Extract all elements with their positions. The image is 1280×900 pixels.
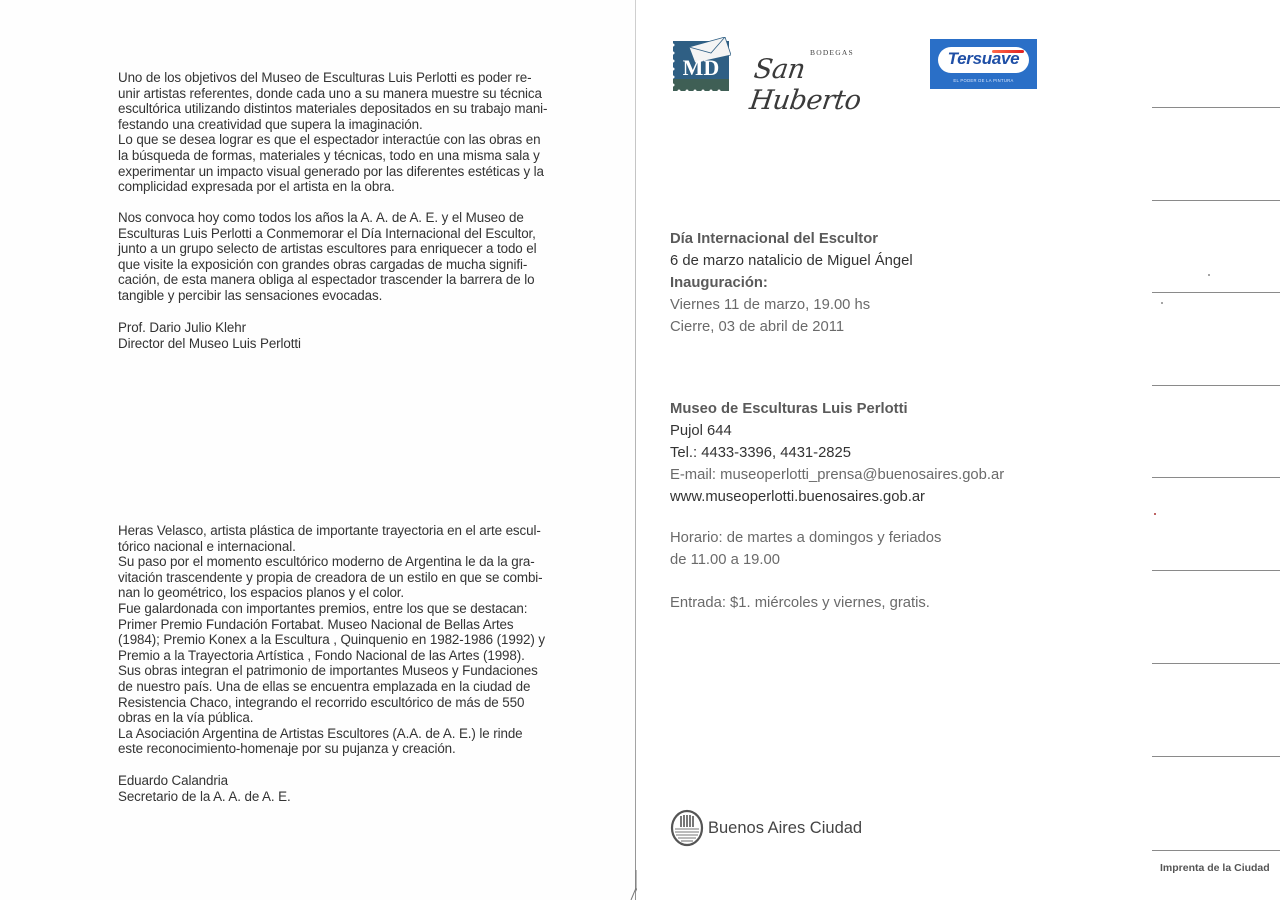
text-line: Esculturas Luis Perlotti a Conmemorar el…	[118, 226, 588, 242]
museum-phone: Tel.: 4433-3396, 4431-2825	[670, 442, 1004, 464]
scan-speck	[1154, 513, 1156, 515]
admission-text: Entrada: $1. miércoles y viernes, gratis…	[670, 592, 930, 614]
museum-website: www.museoperlotti.buenosaires.gob.ar	[670, 486, 1004, 508]
event-info: Día Internacional del Escultor 6 de marz…	[670, 228, 913, 338]
closing-date: Cierre, 03 de abril de 2011	[670, 316, 913, 338]
svg-text:MD: MD	[683, 55, 720, 80]
buenos-aires-emblem-icon	[670, 809, 704, 847]
text-line: Lo que se desea lograr es que el especta…	[118, 132, 588, 148]
opening-date: Viernes 11 de marzo, 19.00 hs	[670, 294, 913, 316]
signature-role: Director del Museo Luis Perlotti	[118, 336, 588, 352]
text-line: la búsqueda de formas, materiales y técn…	[118, 148, 588, 164]
hours-line-2: de 11.00 a 19.00	[670, 549, 941, 571]
text-line: experimentar un impacto visual generado …	[118, 164, 588, 180]
san-huberto-name: San Huberto	[748, 54, 917, 116]
text-line: Su paso por el momento escultórico moder…	[118, 554, 588, 570]
signature-secretary: Eduardo Calandria Secretario de la A. A.…	[118, 773, 588, 804]
address-line	[1152, 200, 1280, 201]
text-line: unir artistas referentes, donde cada uno…	[118, 86, 588, 102]
signature-director: Prof. Dario Julio Klehr Director del Mus…	[118, 320, 588, 351]
convocation-paragraph: Nos convoca hoy como todos los años la A…	[118, 210, 588, 304]
tersuave-name: Tersuave	[930, 49, 1037, 69]
text-line: Premio a la Trayectoria Artística , Fond…	[118, 648, 588, 664]
scan-speck	[1208, 274, 1210, 276]
text-line: Primer Premio Fundación Fortabat. Museo …	[118, 617, 588, 633]
admission: Entrada: $1. miércoles y viernes, gratis…	[670, 592, 930, 614]
left-page: Uno de los objetivos del Museo de Escult…	[0, 0, 636, 900]
tribute-paragraph: Heras Velasco, artista plástica de impor…	[118, 523, 588, 757]
text-line: tangible y percibir las sensaciones evoc…	[118, 288, 588, 304]
event-subtitle: 6 de marzo natalicio de Miguel Ángel	[670, 250, 913, 272]
opening-hours: Horario: de martes a domingos y feriados…	[670, 527, 941, 571]
opening-label: Inauguración:	[670, 272, 913, 294]
text-line: escultórica utilizando distintos materia…	[118, 101, 588, 117]
printer-credit: Imprenta de la Ciudad	[1160, 862, 1270, 874]
text-line: Heras Velasco, artista plástica de impor…	[118, 523, 588, 539]
san-huberto-logo: BODEGAS San Huberto	[752, 48, 912, 94]
md-logo-icon: MD	[673, 37, 731, 91]
address-line	[1152, 663, 1280, 664]
text-line: junto a un grupo selecto de artistas esc…	[118, 241, 588, 257]
museum-email: E-mail: museoperlotti_prensa@buenosaires…	[670, 464, 1004, 486]
address-line	[1152, 570, 1280, 571]
intro-paragraph: Uno de los objetivos del Museo de Escult…	[118, 70, 588, 195]
text-line: tórico nacional e internacional.	[118, 539, 588, 555]
address-line	[1152, 292, 1280, 293]
scan-speck	[1161, 302, 1163, 304]
text-line: complicidad expresada por el artista en …	[118, 179, 588, 195]
museum-contact: Museo de Esculturas Luis Perlotti Pujol …	[670, 398, 1004, 508]
address-line	[1152, 107, 1280, 108]
museum-name: Museo de Esculturas Luis Perlotti	[670, 398, 1004, 420]
center-fold	[635, 0, 636, 900]
text-line: este reconocimiento-homenaje por su puja…	[118, 741, 588, 757]
buenos-aires-ciudad-logo: Buenos Aires Ciudad	[670, 809, 862, 847]
museum-address: Pujol 644	[670, 420, 1004, 442]
address-line	[1152, 477, 1280, 478]
text-line: Uno de los objetivos del Museo de Escult…	[118, 70, 588, 86]
buenos-aires-ciudad-label: Buenos Aires Ciudad	[708, 819, 862, 838]
text-line: Fue galardonada con importantes premios,…	[118, 601, 588, 617]
signature-name: Prof. Dario Julio Klehr	[118, 320, 588, 336]
event-title: Día Internacional del Escultor	[670, 228, 913, 250]
text-line: cación, de esta manera obliga al especta…	[118, 272, 588, 288]
text-line: Sus obras integran el patrimonio de impo…	[118, 663, 588, 679]
text-line: Nos convoca hoy como todos los años la A…	[118, 210, 588, 226]
text-line: La Asociación Argentina de Artistas Escu…	[118, 726, 588, 742]
text-line: de nuestro país. Una de ellas se encuent…	[118, 679, 588, 695]
text-line: que visite la exposición con grandes obr…	[118, 257, 588, 273]
signature-name: Eduardo Calandria	[118, 773, 588, 789]
address-line	[1152, 385, 1280, 386]
tersuave-logo: Tersuave EL PODER DE LA PINTURA	[930, 39, 1037, 89]
signature-role: Secretario de la A. A. de A. E.	[118, 789, 588, 805]
text-line: obras en la vía pública.	[118, 710, 588, 726]
hours-line-1: Horario: de martes a domingos y feriados	[670, 527, 941, 549]
address-line	[1152, 756, 1280, 757]
text-line: nan lo geométrico, los espacios planos y…	[118, 585, 588, 601]
text-line: Resistencia Chaco, integrando el recorri…	[118, 695, 588, 711]
text-line: festando una creatividad que supera la i…	[118, 117, 588, 133]
address-line	[1152, 850, 1280, 851]
text-line: vitación trascendente y propia de creado…	[118, 570, 588, 586]
text-line: (1984); Premio Konex a la Escultura , Qu…	[118, 632, 588, 648]
tersuave-tagline: EL PODER DE LA PINTURA	[930, 78, 1037, 83]
